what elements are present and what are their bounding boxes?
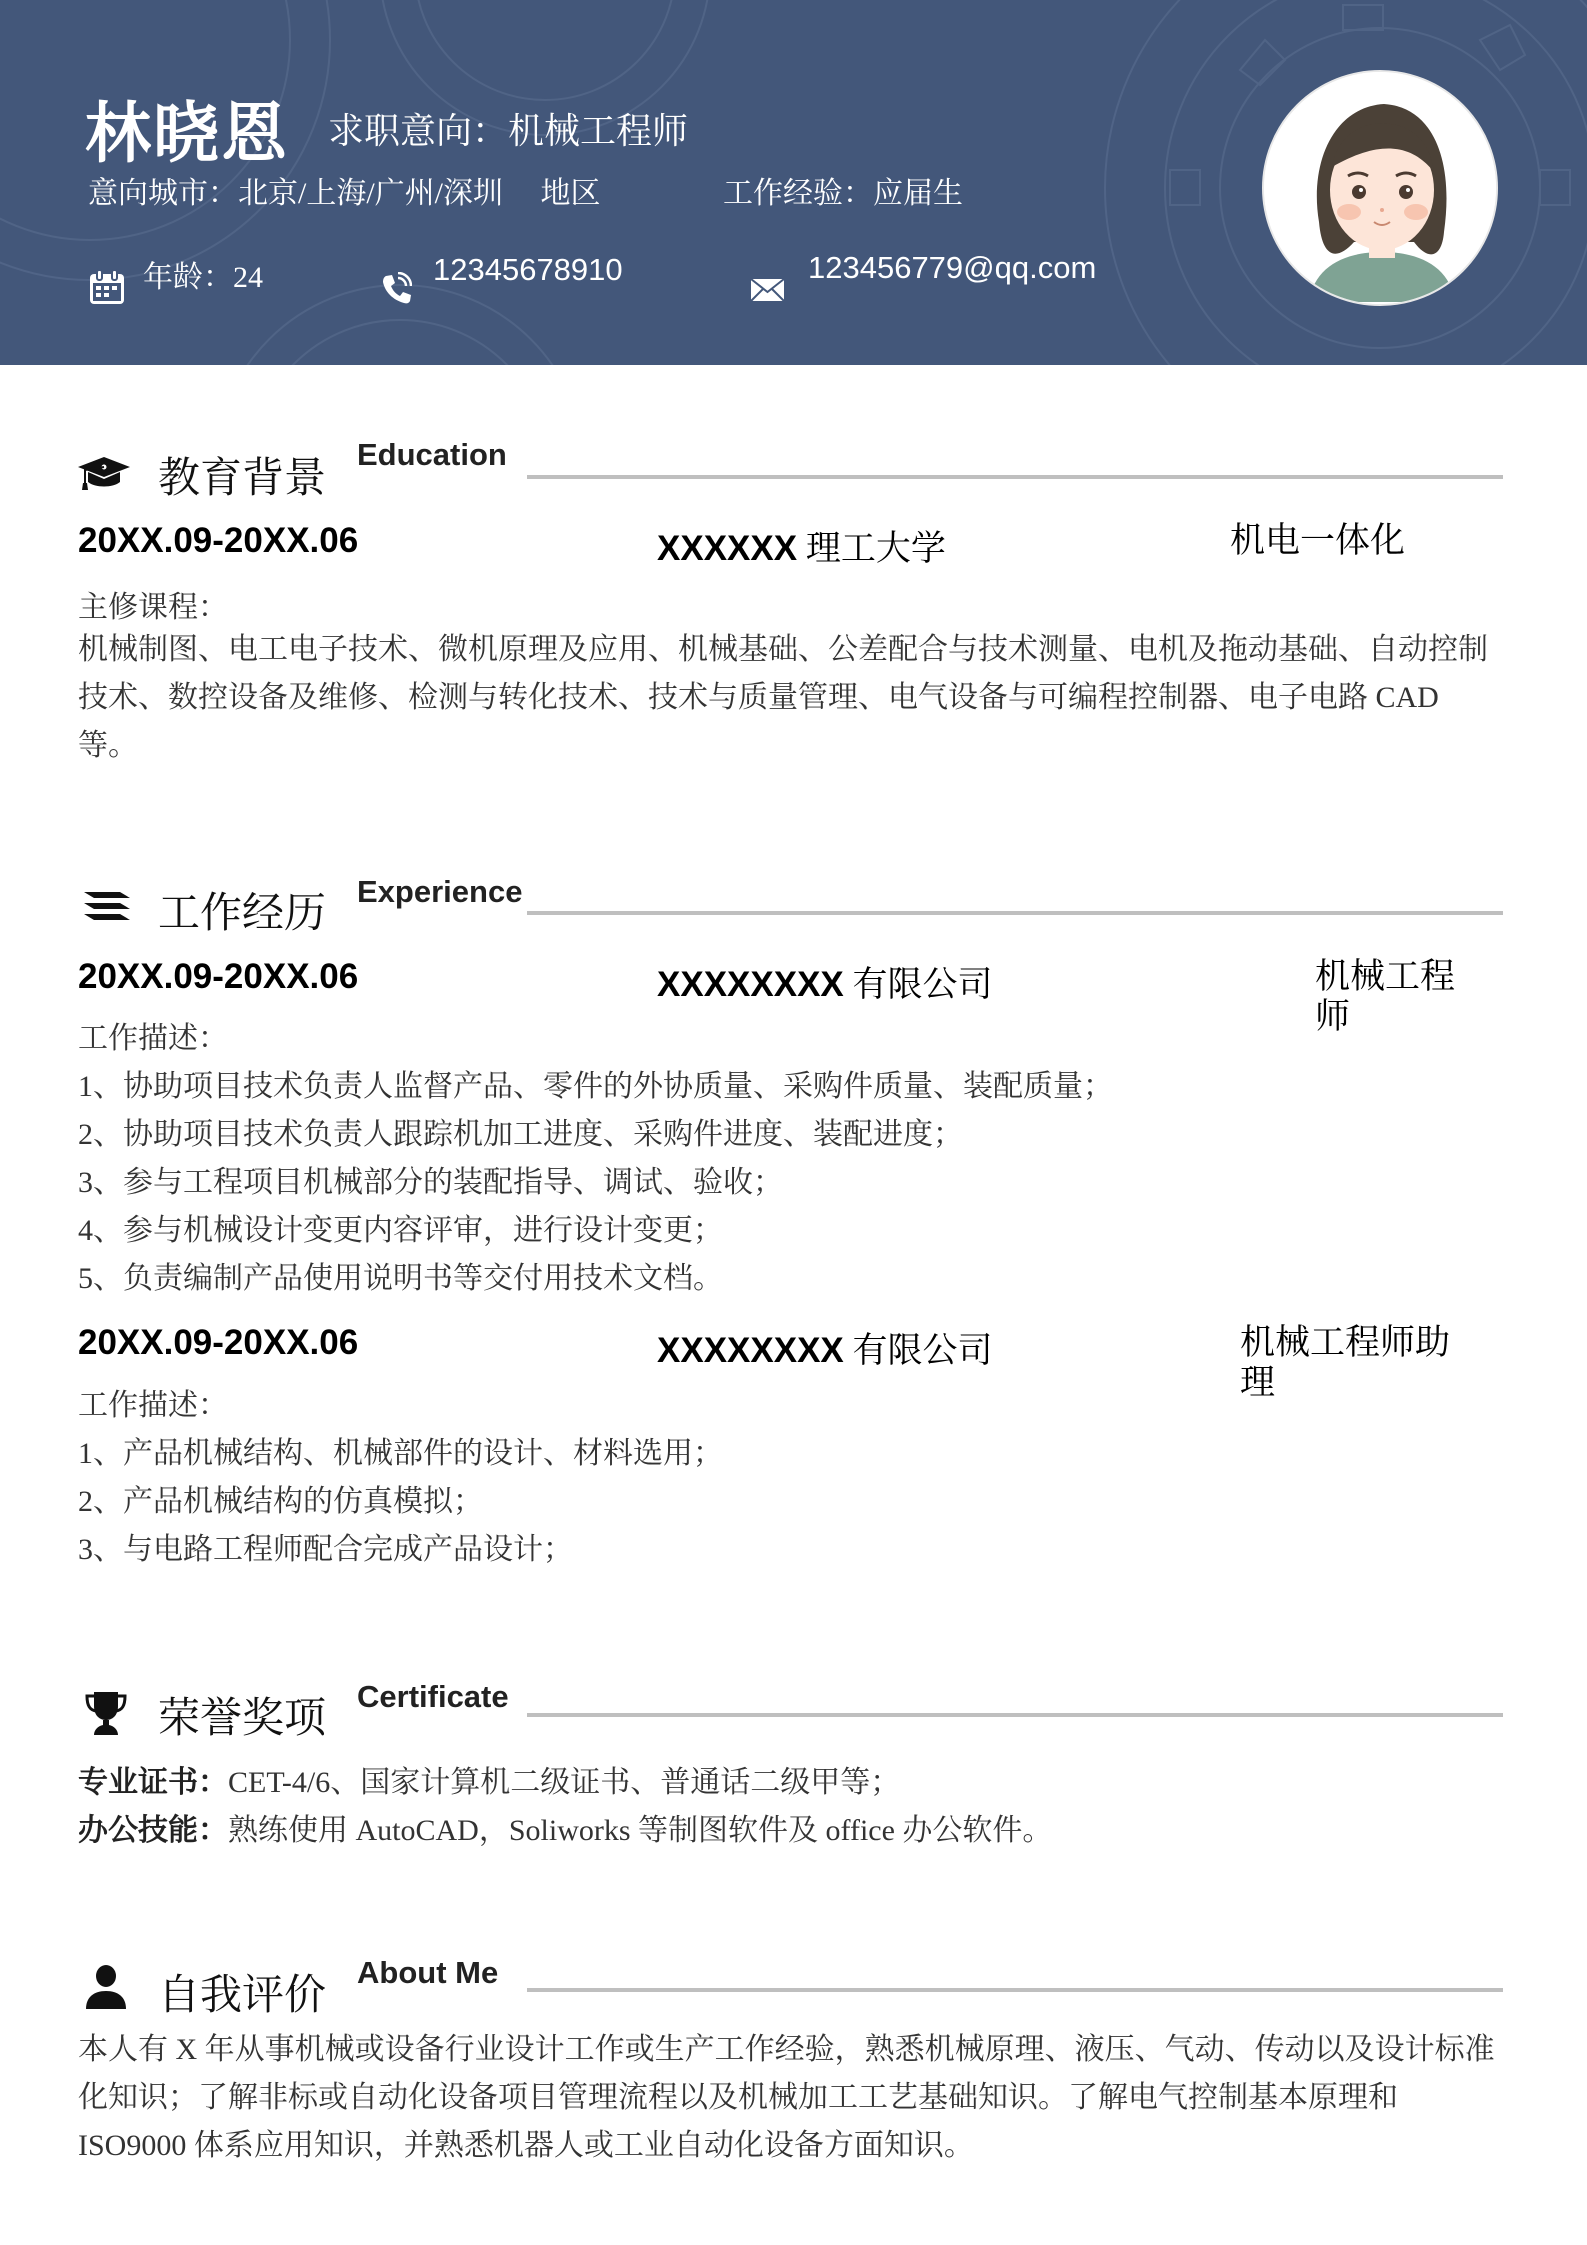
job-duty-item: 2、协助项目技术负责人跟踪机加工进度、采购件进度、装配进度； xyxy=(78,1109,963,1153)
section-title-en: Experience xyxy=(357,874,522,910)
section-title: 教育背景 xyxy=(158,445,326,505)
section-title-en: Education xyxy=(357,437,507,473)
intended-city: 意向城市：北京/上海/广州/深圳 地区 xyxy=(88,168,601,212)
section-divider xyxy=(527,1713,1503,1717)
avatar-illustration xyxy=(1264,72,1498,306)
job-date: 20XX.09-20XX.06 xyxy=(78,1323,358,1363)
certificate-text: CET-4/6、国家计算机二级证书、普通话二级甲等； xyxy=(228,1766,900,1799)
skills-label: 办公技能： xyxy=(78,1814,228,1847)
company-name: XXXXXXXX 有限公司 xyxy=(657,1323,993,1373)
section-title-en: Certificate xyxy=(357,1679,509,1715)
mail-icon xyxy=(750,278,785,302)
resume-header: 林晓恩 求职意向：机械工程师 意向城市：北京/上海/广州/深圳 地区 工作经验：… xyxy=(0,0,1587,365)
phone-number: 12345678910 xyxy=(433,252,623,288)
company-name-bold: XXXXXXXX xyxy=(657,965,844,1004)
section-title: 荣誉奖项 xyxy=(158,1685,326,1745)
trophy-icon xyxy=(84,1690,128,1736)
job-duty-item: 3、与电路工程师配合完成产品设计； xyxy=(78,1524,573,1568)
section-title-en: About Me xyxy=(357,1955,498,1991)
candidate-name: 林晓恩 xyxy=(85,80,289,175)
section-divider xyxy=(527,1988,1503,1992)
certificate-line: 专业证书：CET-4/6、国家计算机二级证书、普通话二级甲等； xyxy=(78,1757,900,1801)
company-name-rest: 有限公司 xyxy=(844,1331,993,1370)
company-name: XXXXXXXX 有限公司 xyxy=(657,957,993,1007)
graduation-cap-icon xyxy=(77,455,131,491)
section-title: 工作经历 xyxy=(158,880,326,940)
job-duty-item: 2、产品机械结构的仿真模拟； xyxy=(78,1476,483,1520)
job-duty-item: 4、参与机械设计变更内容评审，进行设计变更； xyxy=(78,1205,723,1249)
job-date: 20XX.09-20XX.06 xyxy=(78,957,358,997)
company-name-bold: XXXXXXXX xyxy=(657,1331,844,1370)
job-description-label: 工工作描述： xyxy=(108,1013,228,1057)
person-icon xyxy=(84,1965,128,2009)
school-name: XXXXXX 理工大学 xyxy=(657,521,946,571)
job-title: 机械工程师 xyxy=(1315,957,1465,1037)
section-divider xyxy=(527,475,1503,479)
work-experience: 工作经验：应届生 xyxy=(723,168,963,212)
skills-line: 办公技能：熟练使用 AutoCAD，Soliworks 等制图软件及 offic… xyxy=(78,1805,1052,1849)
skills-text: 熟练使用 AutoCAD，Soliworks 等制图软件及 office 办公软… xyxy=(228,1814,1052,1847)
job-duty-item: 5、负责编制产品使用说明书等交付用技术文档。 xyxy=(78,1253,723,1297)
age: 年龄：24 xyxy=(143,252,263,296)
section-divider xyxy=(527,911,1503,915)
phone-icon xyxy=(380,272,412,304)
courses-label: 主修课程： xyxy=(78,582,228,626)
job-title: 机械工程师助理 xyxy=(1240,1323,1465,1403)
layers-icon xyxy=(82,890,132,924)
job-duty-item: 1、产品机械结构、机械部件的设计、材料选用； xyxy=(78,1428,723,1472)
education-date: 20XX.09-20XX.06 xyxy=(78,521,358,561)
section-title: 自我评价 xyxy=(158,1962,326,2022)
about-me-text: 本人有 X 年从事机械或设备行业设计工作或生产工作经验，熟悉机械原理、液压、气动… xyxy=(78,2026,1503,2170)
school-name-rest: 理工大学 xyxy=(797,529,946,568)
calendar-icon xyxy=(88,268,126,306)
job-description-label: 工工作描述： xyxy=(108,1380,228,1424)
avatar xyxy=(1262,70,1498,306)
job-intent: 求职意向：机械工程师 xyxy=(328,103,688,154)
company-name-rest: 有限公司 xyxy=(844,965,993,1004)
school-name-bold: XXXXXX xyxy=(657,529,797,568)
job-duty-item: 1、协助项目技术负责人监督产品、零件的外协质量、采购件质量、装配质量； xyxy=(78,1061,1113,1105)
courses-list: 机械制图、电工电子技术、微机原理及应用、机械基础、公差配合与技术测量、电机及拖动… xyxy=(78,626,1503,770)
job-duty-item: 3、参与工程项目机械部分的装配指导、调试、验收； xyxy=(78,1157,783,1201)
major: 机电一体化 xyxy=(1230,521,1490,561)
certificate-label: 专业证书： xyxy=(78,1766,228,1799)
email-address: 123456779@qq.com xyxy=(808,250,1096,286)
